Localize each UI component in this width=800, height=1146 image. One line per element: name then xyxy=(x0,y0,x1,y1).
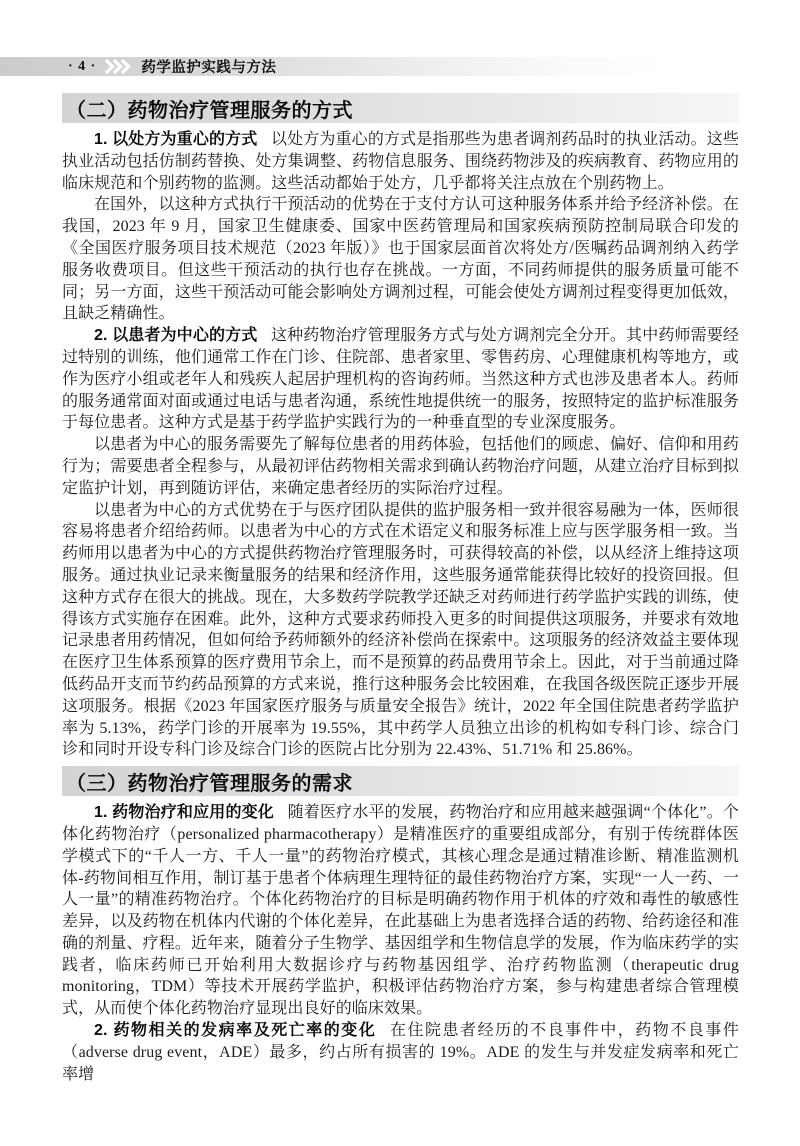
paragraph: 在国外，以这种方式执行干预活动的优势在于支付方认可这种服务体系并给予经济补偿。在… xyxy=(62,194,739,325)
section-paragraphs: 1. 以处方为重心的方式以处方为重心的方式是指那些为患者调剂药品时的执业活动。这… xyxy=(62,129,739,761)
triple-chevron-right-icon xyxy=(104,59,132,74)
section-paragraphs: 1. 药物治疗和应用的变化随着医疗水平的发展，药物治疗和应用越来越强调“个体化”… xyxy=(62,802,739,1085)
paragraph-lead: 1. 药物治疗和应用的变化 xyxy=(94,804,274,821)
paragraph: 1. 以处方为重心的方式以处方为重心的方式是指那些为患者调剂药品时的执业活动。这… xyxy=(62,129,739,194)
section-heading: （三）药物治疗管理服务的需求 xyxy=(62,766,739,796)
paragraph: 以患者为中心的方式优势在于与医疗团队提供的监护服务相一致并很容易融为一体，医师很… xyxy=(62,500,739,762)
paragraph-text: 随着医疗水平的发展，药物治疗和应用越来越强调“个体化”。个体化药物治疗（pers… xyxy=(62,804,739,1017)
page-header: · 4 · 药学监护实践与方法 xyxy=(0,57,700,76)
paragraph: 2. 以患者为中心的方式这种药物治疗管理服务方式与处方调剂完全分开。其中药师需要… xyxy=(62,325,739,434)
section-heading: （二）药物治疗管理服务的方式 xyxy=(62,93,739,123)
paragraph: 以患者为中心的服务需要先了解每位患者的用药体验，包括他们的顾虑、偏好、信仰和用药… xyxy=(62,434,739,499)
paragraph: 2. 药物相关的发病率及死亡率的变化在住院患者经历的不良事件中，药物不良事件（a… xyxy=(62,1020,739,1085)
book-title: 药学监护实践与方法 xyxy=(141,56,276,77)
paragraph-text: 以患者为中心的服务需要先了解每位患者的用药体验，包括他们的顾虑、偏好、信仰和用药… xyxy=(62,436,739,497)
paragraph: 1. 药物治疗和应用的变化随着医疗水平的发展，药物治疗和应用越来越强调“个体化”… xyxy=(62,802,739,1020)
page-number: · 4 · xyxy=(68,59,96,75)
paragraph-text: 在国外，以这种方式执行干预活动的优势在于支付方认可这种服务体系并给予经济补偿。在… xyxy=(62,196,739,322)
paragraph-lead: 2. 药物相关的发病率及死亡率的变化 xyxy=(94,1022,376,1039)
page-body: （二）药物治疗管理服务的方式 1. 以处方为重心的方式以处方为重心的方式是指那些… xyxy=(62,93,739,1085)
paragraph-text: 以患者为中心的方式优势在于与医疗团队提供的监护服务相一致并很容易融为一体，医师很… xyxy=(62,502,739,759)
paragraph-lead: 2. 以患者为中心的方式 xyxy=(94,327,257,344)
paragraph-lead: 1. 以处方为重心的方式 xyxy=(94,131,257,148)
